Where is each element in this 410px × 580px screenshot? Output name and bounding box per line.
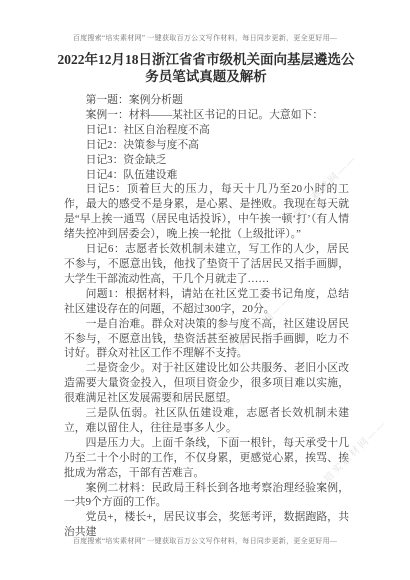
document-title: 2022年12月18日浙江省省市级机关面向基层遴选公务员笔试真题及解析 bbox=[52, 51, 360, 85]
paragraph-diary-5: 日记5：顶着巨大的压力，每天十几乃至20小时的工作，最大的感受不是身累，是心累、… bbox=[64, 182, 349, 242]
paragraph-diary-4: 日记4：队伍建设难 bbox=[64, 168, 349, 183]
paragraph-diary-6: 日记6：志愿者长效机制未建立，写工作的人少，居民不参与，不愿意出钱，他找了垫资干… bbox=[64, 242, 349, 287]
paragraph-diary-1: 日记1：社区自治程度不高 bbox=[64, 123, 349, 138]
footer-watermark-note: 百度搜索“培实素材网” 一键获取百万公文写作材料，每日同步更新，更全更好用— bbox=[0, 536, 410, 546]
paragraph-diary-3: 日记3：资金缺乏 bbox=[64, 153, 349, 168]
document-page: 百度搜索“培实素材网” 一键获取百万公文写作材料，每日同步更新，更全更好用— 2… bbox=[0, 0, 410, 580]
paragraph-answer-point-4: 四是压力大。上面千条线，下面一根针，每天承受十几乃至二十个小时的工作，不仅身累，… bbox=[64, 436, 349, 481]
paragraph-case-2-intro: 案例二材料：民政局王科长到各地考察治理经验案例，一共9个方面的工作。 bbox=[64, 481, 349, 511]
paragraph-case-intro: 案例一：材料——某社区书记的日记。大意如下： bbox=[64, 108, 349, 123]
paragraph-section-heading: 第一题：案例分析题 bbox=[64, 93, 349, 108]
paragraph-question-1: 问题1：根据材料，请站在社区党工委书记角度，总结社区建设存在的问题，不超过300… bbox=[64, 287, 349, 317]
paragraph-answer-point-3: 三是队伍弱。社区队伍建设难，志愿者长效机制未建立，难以留住人，往往是事多人少。 bbox=[64, 406, 349, 436]
document-body: 第一题：案例分析题 案例一：材料——某社区书记的日记。大意如下： 日记1：社区自… bbox=[64, 93, 349, 540]
paragraph-answer-point-2: 二是资金少。对于社区建设比如公共服务、老旧小区改造需要大量资金投入，但项目资金少… bbox=[64, 361, 349, 406]
paragraph-diary-2: 日记2：决策参与度不高 bbox=[64, 138, 349, 153]
paragraph-answer-point-1: 一是自治难。群众对决策的参与度不高，社区建设居民不参与，不愿意出钱，垫资活甚至被… bbox=[64, 317, 349, 362]
header-watermark-note: 百度搜索“培实素材网” 一键获取百万公文写作材料，每日同步更新，更全更好用— bbox=[0, 33, 410, 43]
